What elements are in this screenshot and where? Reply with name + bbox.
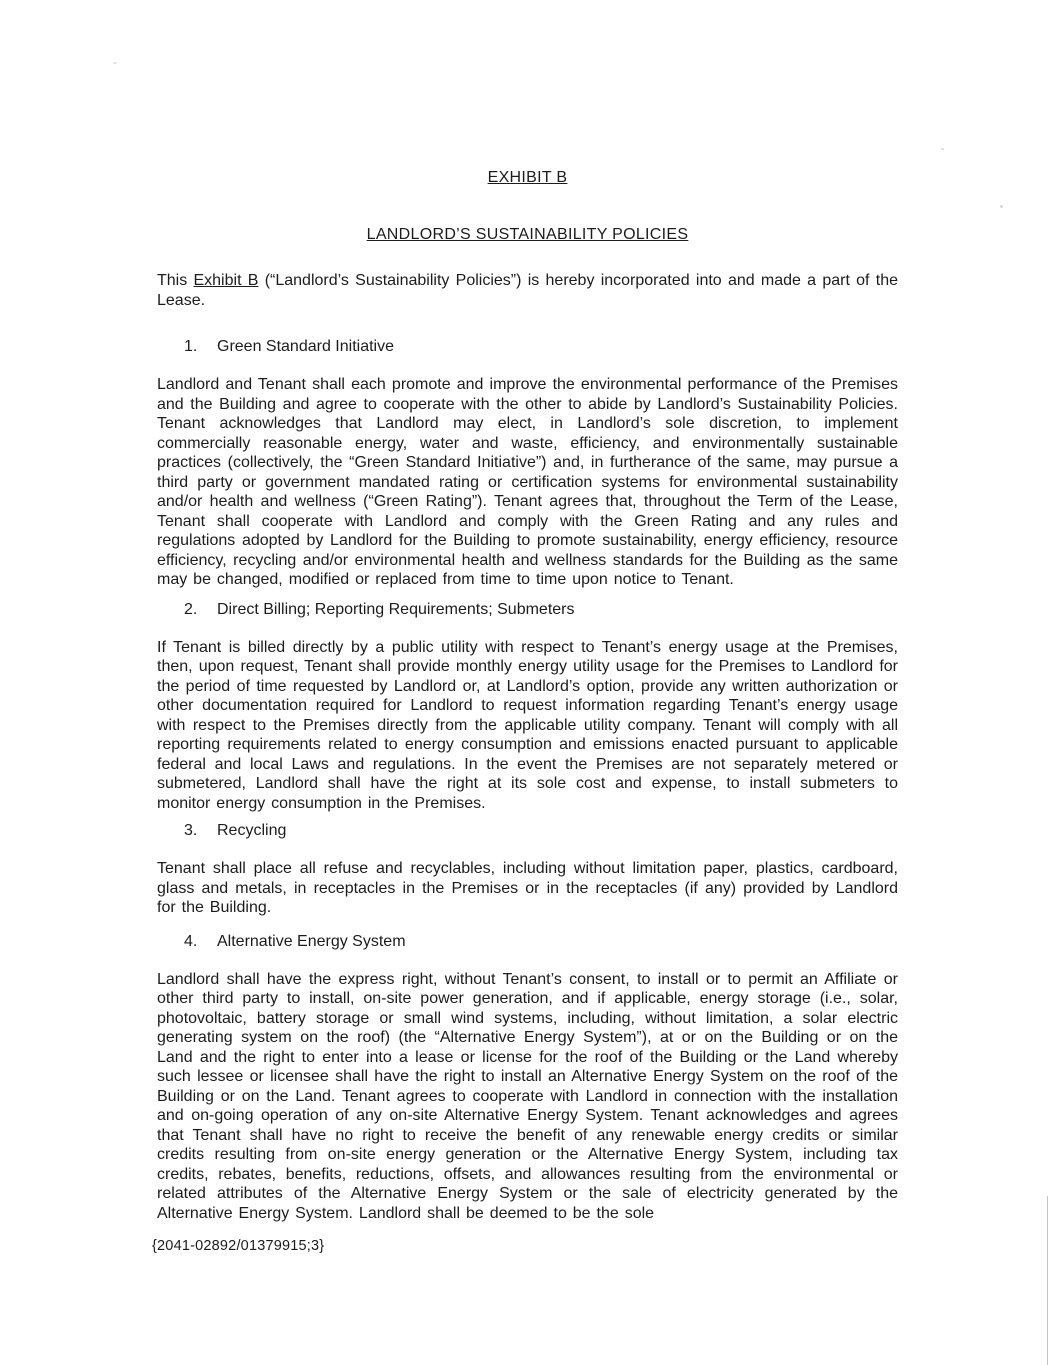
- scan-speck-artifact: [1000, 205, 1003, 208]
- scan-edge-artifact: [1047, 1196, 1048, 1365]
- section-number: 2.: [184, 600, 217, 620]
- intro-exhibit-reference: Exhibit B: [193, 272, 258, 289]
- intro-paragraph: This Exhibit B (“Landlord’s Sustainabili…: [157, 271, 898, 310]
- section-heading-label: Green Standard Initiative: [217, 338, 394, 355]
- document-control-number: {2041-02892/01379915;3}: [152, 1238, 324, 1254]
- section-recycling: 3.Recycling Tenant shall place all refus…: [157, 821, 898, 918]
- section-body: If Tenant is billed directly by a public…: [157, 638, 898, 814]
- section-heading: 3.Recycling: [184, 821, 898, 841]
- exhibit-title: EXHIBIT B: [157, 168, 898, 188]
- scanned-document: { "document": { "title": "EXHIBIT B", "s…: [0, 0, 1055, 1365]
- section-heading-label: Alternative Energy System: [217, 933, 406, 950]
- intro-text-after: (“Landlord’s Sustainability Policies”) i…: [157, 272, 898, 309]
- section-body: Landlord shall have the express right, w…: [157, 970, 898, 1224]
- intro-text-before: This: [157, 272, 193, 289]
- section-green-standard-initiative: 1.Green Standard Initiative Landlord and…: [157, 337, 898, 590]
- section-number: 4.: [184, 932, 217, 952]
- section-alternative-energy-system: 4.Alternative Energy System Landlord sha…: [157, 932, 898, 1224]
- section-heading: 4.Alternative Energy System: [184, 932, 898, 952]
- section-heading: 2.Direct Billing; Reporting Requirements…: [184, 600, 898, 620]
- document-page: EXHIBIT B LANDLORD’S SUSTAINABILITY POLI…: [157, 0, 898, 1223]
- scan-speck-artifact: [941, 148, 944, 150]
- section-body: Tenant shall place all refuse and recycl…: [157, 859, 898, 918]
- section-heading: 1.Green Standard Initiative: [184, 337, 898, 357]
- section-heading-label: Recycling: [217, 822, 286, 839]
- sustainability-policies-title: LANDLORD’S SUSTAINABILITY POLICIES: [157, 225, 898, 245]
- section-body: Landlord and Tenant shall each promote a…: [157, 375, 898, 590]
- scan-speck-artifact: [113, 62, 117, 64]
- section-direct-billing: 2.Direct Billing; Reporting Requirements…: [157, 600, 898, 814]
- section-number: 1.: [184, 337, 217, 357]
- section-heading-label: Direct Billing; Reporting Requirements; …: [217, 601, 574, 618]
- section-number: 3.: [184, 821, 217, 841]
